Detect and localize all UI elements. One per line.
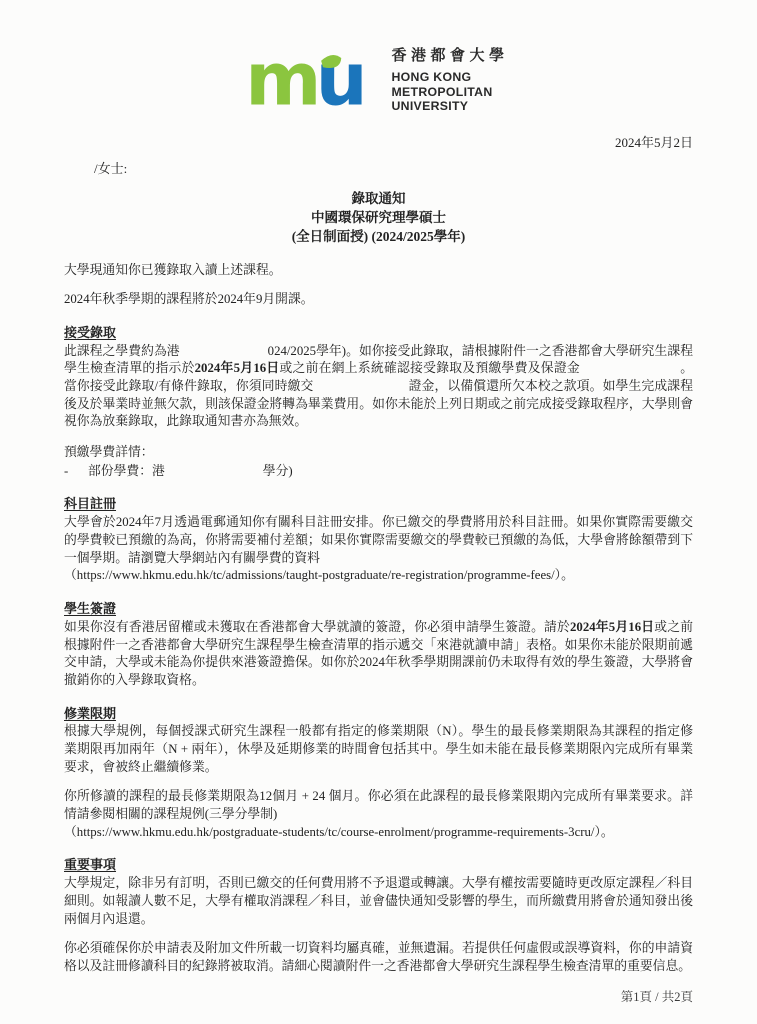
section-heading-accept-admission: 接受錄取 bbox=[64, 324, 693, 342]
university-name-block: 香港都會大學 HONG KONG METROPOLITAN UNIVERSITY bbox=[391, 46, 508, 113]
study-period-paragraph-1: 根據大學規例，每個授課式研究生課程一般都有指定的修業期限（N）。學生的最長修業期… bbox=[64, 723, 693, 776]
programme-requirements-url: （https://www.hkmu.edu.hk/postgraduate-st… bbox=[64, 824, 693, 842]
university-logo: m u 香港都會大學 HONG KONG METROPOLITAN UNIVER… bbox=[64, 46, 693, 114]
intro-paragraph-1: 大學現通知你已獲錄取入讀上述課程。 bbox=[64, 262, 693, 280]
important-notes-paragraph-1: 大學規定，除非另有訂明，否則已繳交的任何費用將不予退還或轉讓。大學有權按需要隨時… bbox=[64, 875, 693, 928]
university-name-english-3: UNIVERSITY bbox=[391, 99, 508, 114]
admission-letter-page: m u 香港都會大學 HONG KONG METROPOLITAN UNIVER… bbox=[0, 0, 757, 1024]
university-name-english-2: METROPOLITAN bbox=[391, 85, 508, 100]
prepay-item: - 部份學費：港學分) bbox=[64, 463, 693, 481]
accept-text-mid2: 或之前在網上系統確認接受錄取及預繳學費及保證金 bbox=[279, 361, 580, 375]
title-programme: 中國環保研究理學碩士 bbox=[64, 209, 693, 228]
section-heading-course-registration: 科目註冊 bbox=[64, 495, 693, 513]
prepay-bullet: - bbox=[64, 463, 88, 481]
logo-letter-u: u bbox=[316, 46, 368, 114]
visa-deadline-date: 2024年5月16日 bbox=[570, 620, 654, 634]
prepay-item-text: 部份學費：港學分) bbox=[88, 463, 293, 481]
section-heading-important-notes: 重要事項 bbox=[64, 856, 693, 874]
prepay-details-label: 預繳學費詳情： bbox=[64, 444, 693, 462]
university-name-chinese: 香港都會大學 bbox=[391, 46, 508, 67]
accept-text-pre: 此課程之學費約為港 bbox=[64, 344, 180, 358]
hkmu-mu-logo-icon: m u bbox=[248, 46, 376, 114]
important-notes-paragraph-2: 你必須確保你於申請表及附加文件所載一切資料均屬真確，並無遺漏。若提供任何虛假或誤… bbox=[64, 940, 693, 975]
salutation: /女士: bbox=[64, 160, 693, 178]
page-number: 第1頁 / 共2頁 bbox=[621, 989, 693, 1006]
prepay-item-pre: 部份學費：港 bbox=[88, 464, 165, 478]
title-mode-year: (全日制面授) (2024/2025學年) bbox=[64, 228, 693, 247]
logo-letter-m: m bbox=[248, 46, 321, 114]
section-heading-student-visa: 學生簽證 bbox=[64, 600, 693, 618]
redacted-deposit-amount bbox=[580, 363, 680, 376]
redacted-partial-fee-amount bbox=[165, 465, 263, 478]
course-registration-paragraph: 大學會於2024年7月透過電郵通知你有關科目註冊安排。你已繳交的學費將用於科目註… bbox=[64, 514, 693, 567]
section-heading-study-period: 修業限期 bbox=[64, 705, 693, 723]
letter-date: 2024年5月2日 bbox=[64, 134, 693, 152]
prepay-item-post: 學分) bbox=[263, 464, 293, 478]
redacted-guarantee-amount bbox=[313, 381, 408, 394]
study-period-paragraph-2: 你所修讀的課程的最長修業期限為12個月 + 24 個月。你必須在此課程的最長修業… bbox=[64, 788, 693, 823]
programme-fees-url: （https://www.hkmu.edu.hk/tc/admissions/t… bbox=[64, 567, 693, 585]
university-name-english-1: HONG KONG bbox=[391, 70, 508, 85]
redacted-tuition-amount bbox=[180, 345, 268, 358]
accept-admission-paragraph: 此課程之學費約為港024/2025學年)。如你接受此錄取，請根據附件一之香港都會… bbox=[64, 343, 693, 431]
letter-title-block: 錄取通知 中國環保研究理學碩士 (全日制面授) (2024/2025學年) bbox=[64, 190, 693, 247]
student-visa-paragraph: 如果你沒有香港居留權或未獲取在香港都會大學就讀的簽證，你必須申請學生簽證。請於2… bbox=[64, 619, 693, 690]
title-notice: 錄取通知 bbox=[64, 190, 693, 209]
accept-deadline-date: 2024年5月16日 bbox=[195, 361, 280, 375]
intro-paragraph-2: 2024年秋季學期的課程將於2024年9月開課。 bbox=[64, 291, 693, 309]
visa-text-pre: 如果你沒有香港居留權或未獲取在香港都會大學就讀的簽證，你必須申請學生簽證。請於 bbox=[64, 620, 570, 634]
